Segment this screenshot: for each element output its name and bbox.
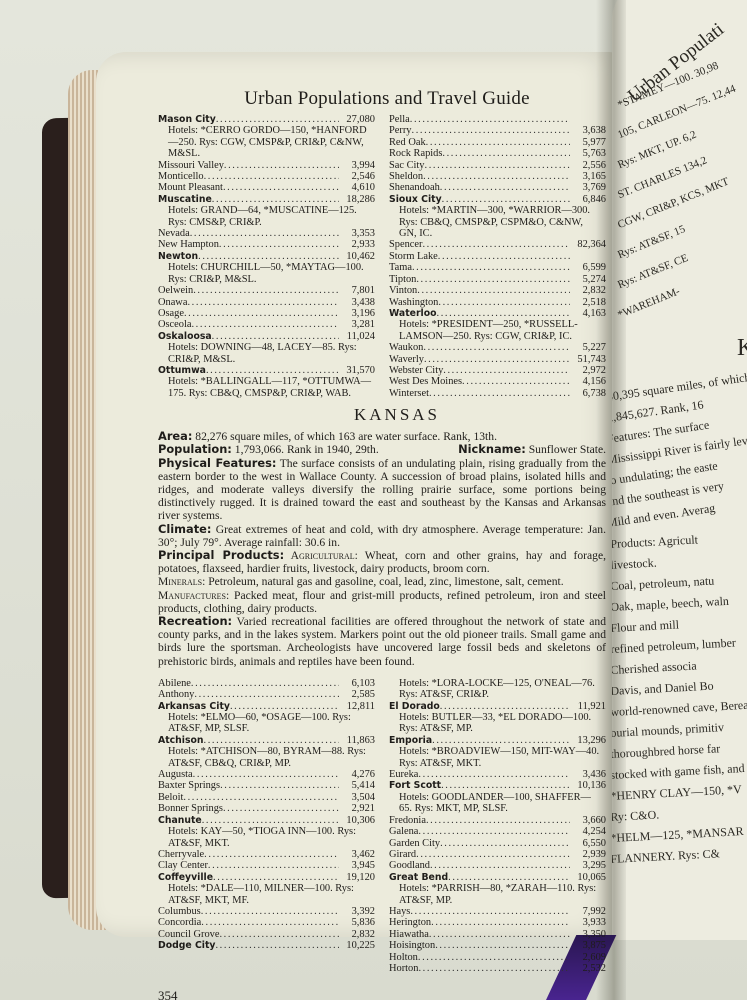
leader-dots xyxy=(201,906,339,917)
city-entry: Storm Lake xyxy=(389,251,606,262)
city-population: 12,811 xyxy=(339,701,375,712)
kansas-minerals: Minerals: Petroleum, natural gas and gas… xyxy=(158,575,606,588)
leader-dots xyxy=(425,160,571,171)
city-details: —250. Rys: CGW, CMSP&P, CRI&P, C&NW, xyxy=(158,137,375,148)
city-population: 3,660 xyxy=(570,815,606,826)
city-name: El Dorado xyxy=(389,701,440,712)
city-name: Mason City xyxy=(158,114,216,125)
city-entry: Augusta4,276 xyxy=(158,769,375,780)
city-entry: Webster City2,972 xyxy=(389,365,606,376)
city-population: 3,994 xyxy=(339,160,375,171)
city-population: 5,763 xyxy=(570,148,606,159)
city-population: 6,846 xyxy=(570,194,606,205)
city-population: 31,570 xyxy=(339,365,375,376)
city-details: Rys: AT&SF, MP. xyxy=(389,723,606,734)
city-entry: Mount Pleasant4,610 xyxy=(158,182,375,193)
city-entry: Waverly51,743 xyxy=(389,354,606,365)
city-entry: Columbus3,392 xyxy=(158,906,375,917)
city-name: Hays xyxy=(389,906,410,917)
leader-dots xyxy=(443,365,570,376)
kansas-right-column: Hotels: *LORA-LOCKE—125, O'NEAL—76. Rys:… xyxy=(389,678,606,975)
city-details: AT&SF, MP, SLSF. xyxy=(158,723,375,734)
city-name: Pella xyxy=(389,114,410,125)
city-name: Sheldon xyxy=(389,171,423,182)
city-name: Holton xyxy=(389,952,418,963)
leader-dots xyxy=(223,182,339,193)
city-details: Hotels: *CERRO GORDO—150, *HANFORD xyxy=(158,125,375,136)
area-text: 82,276 square miles, of which 163 are wa… xyxy=(192,430,497,443)
city-population: 2,933 xyxy=(339,239,375,250)
city-entry: Mason City27,080 xyxy=(158,114,375,125)
city-population: 5,414 xyxy=(339,780,375,791)
city-name: Columbus xyxy=(158,906,201,917)
leader-dots xyxy=(422,239,570,250)
city-population: 2,832 xyxy=(570,285,606,296)
leader-dots xyxy=(442,148,570,159)
leader-dots xyxy=(437,308,571,319)
city-population: 10,136 xyxy=(570,780,606,791)
city-population: 3,933 xyxy=(570,917,606,928)
city-name: Horton xyxy=(389,963,418,974)
city-population: 82,364 xyxy=(570,239,606,250)
leader-dots xyxy=(431,917,570,928)
leader-dots xyxy=(462,376,570,387)
city-entry: Beloit3,504 xyxy=(158,792,375,803)
leader-dots xyxy=(416,849,570,860)
city-name: Beloit xyxy=(158,792,183,803)
leader-dots xyxy=(193,769,339,780)
kansas-products: Principal Products: Agricultural: Wheat,… xyxy=(158,549,606,575)
city-entry: Vinton2,832 xyxy=(389,285,606,296)
city-population: 2,609 xyxy=(570,952,606,963)
kansas-manufactures: Manufactures: Packed meat, flour and gri… xyxy=(158,589,606,615)
city-details: AT&SF, MP. xyxy=(389,895,606,906)
manufactures-label: Manufactures: xyxy=(158,589,229,602)
city-name: Waverly xyxy=(389,354,424,365)
city-name: Newton xyxy=(158,251,198,262)
kansas-left-column: Abilene6,103Anthony2,585Arkansas City12,… xyxy=(158,678,375,975)
leader-dots xyxy=(213,872,339,883)
city-population: 2,921 xyxy=(339,803,375,814)
leader-dots xyxy=(206,365,339,376)
city-entry: Onawa3,438 xyxy=(158,297,375,308)
city-entry: Newton10,462 xyxy=(158,251,375,262)
city-entry: Washington2,518 xyxy=(389,297,606,308)
city-name: Clay Center xyxy=(158,860,208,871)
city-entry: El Dorado11,921 xyxy=(389,701,606,712)
city-details: Hotels: *BROADVIEW—150, MIT-WAY—40. xyxy=(389,746,606,757)
leader-dots xyxy=(432,735,570,746)
city-population: 11,863 xyxy=(339,735,375,746)
city-entry: New Hampton2,933 xyxy=(158,239,375,250)
kansas-climate: Climate: Great extremes of heat and cold… xyxy=(158,523,606,549)
city-details: Hotels: DOWNING—48, LACEY—85. Rys: xyxy=(158,342,375,353)
city-entry: Girard2,939 xyxy=(389,849,606,860)
city-details: Hotels: BUTLER—33, *EL DORADO—100. xyxy=(389,712,606,723)
area-label: Area: xyxy=(158,429,192,443)
city-entry: Holton2,609 xyxy=(389,952,606,963)
city-name: Chanute xyxy=(158,815,202,826)
page-content: Urban Populations and Travel Guide Mason… xyxy=(158,88,606,1000)
city-population: 13,296 xyxy=(570,735,606,746)
city-population: 27,080 xyxy=(339,114,375,125)
city-name: Winterset xyxy=(389,388,429,399)
leader-dots xyxy=(224,160,339,171)
city-population: 2,532 xyxy=(570,963,606,974)
city-details: Hotels: CHURCHILL—50, *MAYTAG—100. xyxy=(158,262,375,273)
city-entry: Atchison11,863 xyxy=(158,735,375,746)
nickname-label: Nickname: xyxy=(458,442,526,456)
city-population: 2,518 xyxy=(570,297,606,308)
right-page-line: world-renowned cave, Berea xyxy=(612,698,747,720)
leader-dots xyxy=(191,678,339,689)
iowa-left-column: Mason City27,080Hotels: *CERRO GORDO—150… xyxy=(158,114,375,399)
leader-dots xyxy=(424,354,570,365)
city-entry: Dodge City10,225 xyxy=(158,940,375,951)
kansas-recreation: Recreation: Varied recreational faciliti… xyxy=(158,615,606,668)
city-entry: Shenandoah3,769 xyxy=(389,182,606,193)
leader-dots xyxy=(412,125,570,136)
leader-dots xyxy=(412,262,570,273)
climate-text: Great extremes of heat and cold, with dr… xyxy=(158,523,606,549)
city-population: 6,550 xyxy=(570,838,606,849)
city-details: Hotels: *ATCHISON—80, BYRAM—88. Rys: xyxy=(158,746,375,757)
city-population: 6,599 xyxy=(570,262,606,273)
running-head: Urban Populations and Travel Guide xyxy=(168,88,606,110)
right-page-line: thoroughbred horse far xyxy=(612,741,721,762)
city-details: AT&SF, CB&Q, CRI&P, MP. xyxy=(158,758,375,769)
city-population: 5,977 xyxy=(570,137,606,148)
city-name: Missouri Valley xyxy=(158,160,224,171)
city-entry: Nevada3,353 xyxy=(158,228,375,239)
city-entry: Anthony2,585 xyxy=(158,689,375,700)
city-details: Hotels: GOODLANDER—100, SHAFFER— xyxy=(389,792,606,803)
city-details: Hotels: *LORA-LOCKE—125, O'NEAL—76. xyxy=(389,678,606,689)
climate-label: Climate: xyxy=(158,522,211,536)
city-population: 5,274 xyxy=(570,274,606,285)
city-name: Spencer xyxy=(389,239,422,250)
city-name: Galena xyxy=(389,826,418,837)
city-details: Hotels: GRAND—64, *MUSCATINE—125. xyxy=(158,205,375,216)
city-name: Osceola xyxy=(158,319,191,330)
city-entry: Tipton5,274 xyxy=(389,274,606,285)
leader-dots xyxy=(198,251,339,262)
right-page-line: Davis, and Daniel Bo xyxy=(612,679,714,699)
city-population: 2,546 xyxy=(339,171,375,182)
city-name: Tipton xyxy=(389,274,416,285)
city-details: Hotels: *PARRISH—80, *ZARAH—110. Rys: xyxy=(389,883,606,894)
city-name: Emporia xyxy=(389,735,432,746)
city-entry: Waukon5,227 xyxy=(389,342,606,353)
leader-dots xyxy=(190,228,339,239)
city-entry: Rock Rapids5,763 xyxy=(389,148,606,159)
city-name: Cherryvale xyxy=(158,849,204,860)
right-state-title: K xyxy=(737,335,747,362)
city-population: 3,638 xyxy=(570,125,606,136)
city-population: 11,024 xyxy=(339,331,375,342)
city-name: Vinton xyxy=(389,285,417,296)
leader-dots xyxy=(430,860,570,871)
right-page-line: stocked with game fish, and xyxy=(612,761,745,783)
leader-dots xyxy=(429,929,570,940)
city-name: Washington xyxy=(389,297,438,308)
city-entry: Red Oak5,977 xyxy=(389,137,606,148)
city-entry: Hiawatha3,350 xyxy=(389,929,606,940)
city-name: Muscatine xyxy=(158,194,212,205)
city-population: 4,163 xyxy=(570,308,606,319)
leader-dots xyxy=(204,735,340,746)
city-population: 6,738 xyxy=(570,388,606,399)
city-population: 11,921 xyxy=(570,701,606,712)
city-name: Anthony xyxy=(158,689,194,700)
leader-dots xyxy=(418,826,570,837)
physical-label: Physical Features: xyxy=(158,456,276,470)
city-name: Baxter Springs xyxy=(158,780,220,791)
city-name: Eureka xyxy=(389,769,418,780)
city-name: Hiawatha xyxy=(389,929,429,940)
leader-dots xyxy=(201,917,339,928)
city-population: 3,350 xyxy=(570,929,606,940)
right-page-line: refined petroleum, lumber xyxy=(612,635,736,657)
leader-dots xyxy=(208,860,339,871)
city-details: 175. Rys: CB&Q, CMSP&P, CRI&P, WAB. xyxy=(158,388,375,399)
city-details: Hotels: *DALE—110, MILNER—100. Rys: xyxy=(158,883,375,894)
right-page-line: FLANNERY. Rys: C& xyxy=(612,846,720,867)
city-name: Goodland xyxy=(389,860,430,871)
city-name: Nevada xyxy=(158,228,190,239)
city-population: 10,462 xyxy=(339,251,375,262)
city-details: Hotels: *PRESIDENT—250, *RUSSELL- xyxy=(389,319,606,330)
leader-dots xyxy=(426,815,570,826)
leader-dots xyxy=(440,182,570,193)
city-details: Rys: AT&SF, CRI&P. xyxy=(389,689,606,700)
leader-dots xyxy=(219,239,339,250)
city-population: 4,156 xyxy=(570,376,606,387)
city-entry: Council Grove2,832 xyxy=(158,929,375,940)
city-population: 2,972 xyxy=(570,365,606,376)
city-name: Arkansas City xyxy=(158,701,230,712)
city-population: 3,438 xyxy=(339,297,375,308)
city-name: Rock Rapids xyxy=(389,148,442,159)
city-details: Hotels: KAY—50, *TIOGA INN—100. Rys: xyxy=(158,826,375,837)
city-population: 3,196 xyxy=(339,308,375,319)
leader-dots xyxy=(417,285,570,296)
city-name: Bonner Springs xyxy=(158,803,223,814)
city-details: AT&SF, MKT, MF. xyxy=(158,895,375,906)
leader-dots xyxy=(418,769,570,780)
city-entry: Baxter Springs5,414 xyxy=(158,780,375,791)
city-population: 10,306 xyxy=(339,815,375,826)
leader-dots xyxy=(204,849,339,860)
city-name: Red Oak xyxy=(389,137,426,148)
city-population: 5,227 xyxy=(570,342,606,353)
city-entry: Sheldon3,165 xyxy=(389,171,606,182)
iowa-columns: Mason City27,080Hotels: *CERRO GORDO—150… xyxy=(158,114,606,399)
city-details: CRI&P, M&SL. xyxy=(158,354,375,365)
leader-dots xyxy=(223,803,339,814)
city-population: 3,875 xyxy=(570,940,606,951)
city-population: 18,286 xyxy=(339,194,375,205)
leader-dots xyxy=(219,929,339,940)
city-population: 10,225 xyxy=(339,940,375,951)
city-population: 3,165 xyxy=(570,171,606,182)
city-name: Girard xyxy=(389,849,416,860)
city-details: GN, IC. xyxy=(389,228,606,239)
leader-dots xyxy=(215,940,339,951)
city-name: Tama xyxy=(389,262,412,273)
city-details: M&SL. xyxy=(158,148,375,159)
city-entry: Abilene6,103 xyxy=(158,678,375,689)
city-name: Mount Pleasant xyxy=(158,182,223,193)
kansas-columns: Abilene6,103Anthony2,585Arkansas City12,… xyxy=(158,678,606,975)
minerals-label: Minerals: xyxy=(158,575,205,588)
city-population: 5,836 xyxy=(339,917,375,928)
city-entry: Osage3,196 xyxy=(158,308,375,319)
city-name: Shenandoah xyxy=(389,182,440,193)
city-name: Fredonia xyxy=(389,815,426,826)
leader-dots xyxy=(191,319,339,330)
leader-dots xyxy=(448,872,570,883)
leader-dots xyxy=(230,701,339,712)
leader-dots xyxy=(418,963,570,974)
city-entry: Cherryvale3,462 xyxy=(158,849,375,860)
city-population: 2,832 xyxy=(339,929,375,940)
city-population: 3,436 xyxy=(570,769,606,780)
city-name: Garden City xyxy=(389,838,440,849)
city-population: 10,065 xyxy=(570,872,606,883)
city-details: Rys: CB&Q, CMSP&P, CSPM&O, C&NW, xyxy=(389,217,606,228)
city-population: 2,939 xyxy=(570,849,606,860)
city-entry: Chanute10,306 xyxy=(158,815,375,826)
city-name: Ottumwa xyxy=(158,365,206,376)
city-entry: Herington3,933 xyxy=(389,917,606,928)
leader-dots xyxy=(204,171,339,182)
population-label: Population: xyxy=(158,442,232,456)
leader-dots xyxy=(187,297,339,308)
city-population: 3,945 xyxy=(339,860,375,871)
city-name: West Des Moines xyxy=(389,376,462,387)
city-entry: Muscatine18,286 xyxy=(158,194,375,205)
city-name: Osage xyxy=(158,308,184,319)
kansas-physical-features: Physical Features: The surface consists … xyxy=(158,457,606,523)
city-name: Abilene xyxy=(158,678,191,689)
city-name: Waukon xyxy=(389,342,423,353)
city-entry: Bonner Springs2,921 xyxy=(158,803,375,814)
city-population: 19,120 xyxy=(339,872,375,883)
city-name: Fort Scott xyxy=(389,780,441,791)
leader-dots xyxy=(183,792,339,803)
leader-dots xyxy=(193,285,339,296)
products-label: Principal Products: xyxy=(158,548,284,562)
city-entry: Eureka3,436 xyxy=(389,769,606,780)
page-number: 354 xyxy=(158,988,606,1000)
right-page-line: *HENRY CLAY—150, *V xyxy=(612,782,742,804)
leader-dots xyxy=(435,940,570,951)
city-entry: Sac City2,556 xyxy=(389,160,606,171)
city-name: Webster City xyxy=(389,365,443,376)
city-population: 3,281 xyxy=(339,319,375,330)
agricultural-label: Agricultural: xyxy=(284,549,358,562)
city-details: LAMSON—250. Rys: CGW, CRI&P, IC. xyxy=(389,331,606,342)
city-population: 7,992 xyxy=(570,906,606,917)
right-page-line: Oak, maple, beech, waln xyxy=(612,594,729,615)
city-entry: Fredonia3,660 xyxy=(389,815,606,826)
city-entry: Sioux City6,846 xyxy=(389,194,606,205)
population-text: 1,793,066. Rank in 1940, 29th. xyxy=(232,443,379,456)
city-name: Herington xyxy=(389,917,431,928)
city-population: 4,254 xyxy=(570,826,606,837)
city-entry: Horton2,532 xyxy=(389,963,606,974)
minerals-text: Petroleum, natural gas and gasoline, coa… xyxy=(205,575,563,588)
leader-dots xyxy=(184,308,339,319)
city-entry: Monticello2,546 xyxy=(158,171,375,182)
leader-dots xyxy=(438,297,570,308)
city-entry: Missouri Valley3,994 xyxy=(158,160,375,171)
city-details: Rys: CMS&P, CRI&P. xyxy=(158,217,375,228)
city-entry: Waterloo4,163 xyxy=(389,308,606,319)
recreation-label: Recreation: xyxy=(158,614,232,628)
city-entry: Pella xyxy=(389,114,606,125)
city-name: Hoisington xyxy=(389,940,435,951)
city-entry: Concordia5,836 xyxy=(158,917,375,928)
city-population: 3,462 xyxy=(339,849,375,860)
city-name: Atchison xyxy=(158,735,204,746)
city-entry: Spencer82,364 xyxy=(389,239,606,250)
city-name: Augusta xyxy=(158,769,193,780)
leader-dots xyxy=(440,838,570,849)
city-entry: Ottumwa31,570 xyxy=(158,365,375,376)
city-population: 4,276 xyxy=(339,769,375,780)
leader-dots xyxy=(423,171,570,182)
city-entry: Emporia13,296 xyxy=(389,735,606,746)
city-population: 4,610 xyxy=(339,182,375,193)
right-page-line: Coal, petroleum, natu xyxy=(612,574,715,594)
city-details: Rys: AT&SF, MKT. xyxy=(389,758,606,769)
right-page-line: burial mounds, primitiv xyxy=(612,720,724,741)
city-population: 6,103 xyxy=(339,678,375,689)
leader-dots xyxy=(212,194,339,205)
city-entry: Hays7,992 xyxy=(389,906,606,917)
city-name: Oelwein xyxy=(158,285,193,296)
leader-dots xyxy=(410,906,570,917)
city-entry: Coffeyville19,120 xyxy=(158,872,375,883)
leader-dots xyxy=(440,701,570,712)
city-details: Rys: CRI&P, M&SL. xyxy=(158,274,375,285)
leader-dots xyxy=(212,331,339,342)
city-population: 3,392 xyxy=(339,906,375,917)
city-entry: West Des Moines4,156 xyxy=(389,376,606,387)
city-name: Dodge City xyxy=(158,940,215,951)
right-page: Urban Populati*STAMEY—100. 30,98105, CAR… xyxy=(612,0,747,940)
city-name: Oskaloosa xyxy=(158,331,212,342)
city-details: Hotels: *ELMO—60, *OSAGE—100. Rys: xyxy=(158,712,375,723)
leader-dots xyxy=(418,952,570,963)
city-name: Sioux City xyxy=(389,194,442,205)
city-population: 2,556 xyxy=(570,160,606,171)
city-entry: Goodland3,295 xyxy=(389,860,606,871)
right-page-line: *HELM—125, *MANSAR xyxy=(612,824,744,846)
city-name: Perry xyxy=(389,125,412,136)
city-name: Waterloo xyxy=(389,308,437,319)
city-entry: Winterset6,738 xyxy=(389,388,606,399)
city-entry: Arkansas City12,811 xyxy=(158,701,375,712)
city-entry: Fort Scott10,136 xyxy=(389,780,606,791)
city-name: Council Grove xyxy=(158,929,219,940)
city-entry: Oskaloosa11,024 xyxy=(158,331,375,342)
city-population: 3,353 xyxy=(339,228,375,239)
city-population: 7,801 xyxy=(339,285,375,296)
leader-dots xyxy=(202,815,339,826)
